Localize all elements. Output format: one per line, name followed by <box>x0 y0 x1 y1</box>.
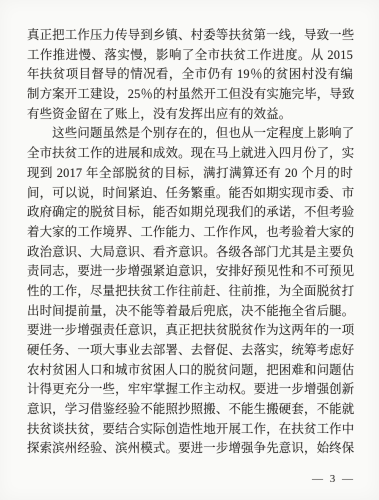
text-line: 真正把工作压力传导到乡镇、村委等扶贫第一线，导致一些 <box>27 26 353 46</box>
text-line: 性的工作，尽量把扶贫工作往前赶、往前推，为全面脱贫打 <box>27 282 353 302</box>
text-line: 要进一步增强责任意识，真正把扶贫脱贫作为这两年的一项 <box>27 321 353 341</box>
text-line: 探索滨州经验、滨州模式。要进一步增强争先意识，始终保 <box>27 439 353 459</box>
text-line: 扶贫谈扶贫，要结合实际创造性地开展工作，在扶贫工作中 <box>27 420 353 440</box>
text-line: 制方案开工建设，25％的村虽然开工但没有实施完毕，导致 <box>27 85 353 105</box>
document-body-text: 真正把工作压力传导到乡镇、村委等扶贫第一线，导致一些工作推进慢、落实慢，影响了全… <box>27 26 353 459</box>
page-number: — 3 — <box>312 473 355 485</box>
text-line: 政治意识、大局意识、看齐意识。各级各部门尤其是主要负 <box>27 243 353 263</box>
text-line: 着大家的工作境界、工作能力、工作作风，也考验着大家的 <box>27 223 353 243</box>
text-line: 政府确定的脱贫目标，能否如期兑现我们的承诺，不但考验 <box>27 203 353 223</box>
text-line: 现到 2017 年全部脱贫的目标，满打满算还有 20 个月的时 <box>27 164 353 184</box>
text-line: 意识，学习借鉴经验不能照抄照搬、不能生搬硬套，不能就 <box>27 400 353 420</box>
text-line: 农村贫困人口和城市贫困人口的脱贫问题，把困难和问题估 <box>27 361 353 381</box>
text-line: 工作推进慢、落实慢，影响了全市扶贫工作进度。从 2015 <box>27 46 353 66</box>
text-line: 责同志，要进一步增强紧迫意识，安排好预见性和不可预见 <box>27 262 353 282</box>
text-line: 间，可以说，时间紧迫、任务繁重。能否如期实现市委、市 <box>27 184 353 204</box>
text-line: 出时间提前量，决不能等着最后兜底，决不能拖全省后腿。 <box>27 302 353 322</box>
text-line: 全市扶贫工作的进展和成效。现在马上就进入四月份了，实 <box>27 144 353 164</box>
text-line: 有些资金留在了账上，没有发挥出应有的效益。 <box>27 105 353 125</box>
text-line: 硬任务、一项大事业去部署、去督促、去落实，统筹考虑好 <box>27 341 353 361</box>
text-line: 计得更充分一些，牢牢掌握工作主动权。要进一步增强创新 <box>27 380 353 400</box>
text-line: 这些问题虽然是个别存在的，但也从一定程度上影响了 <box>27 124 353 144</box>
text-line: 年扶贫项目督导的情况看，全市仍有 19％的贫困村没有编 <box>27 65 353 85</box>
document-page: 真正把工作压力传导到乡镇、村委等扶贫第一线，导致一些工作推进慢、落实慢，影响了全… <box>0 0 379 500</box>
